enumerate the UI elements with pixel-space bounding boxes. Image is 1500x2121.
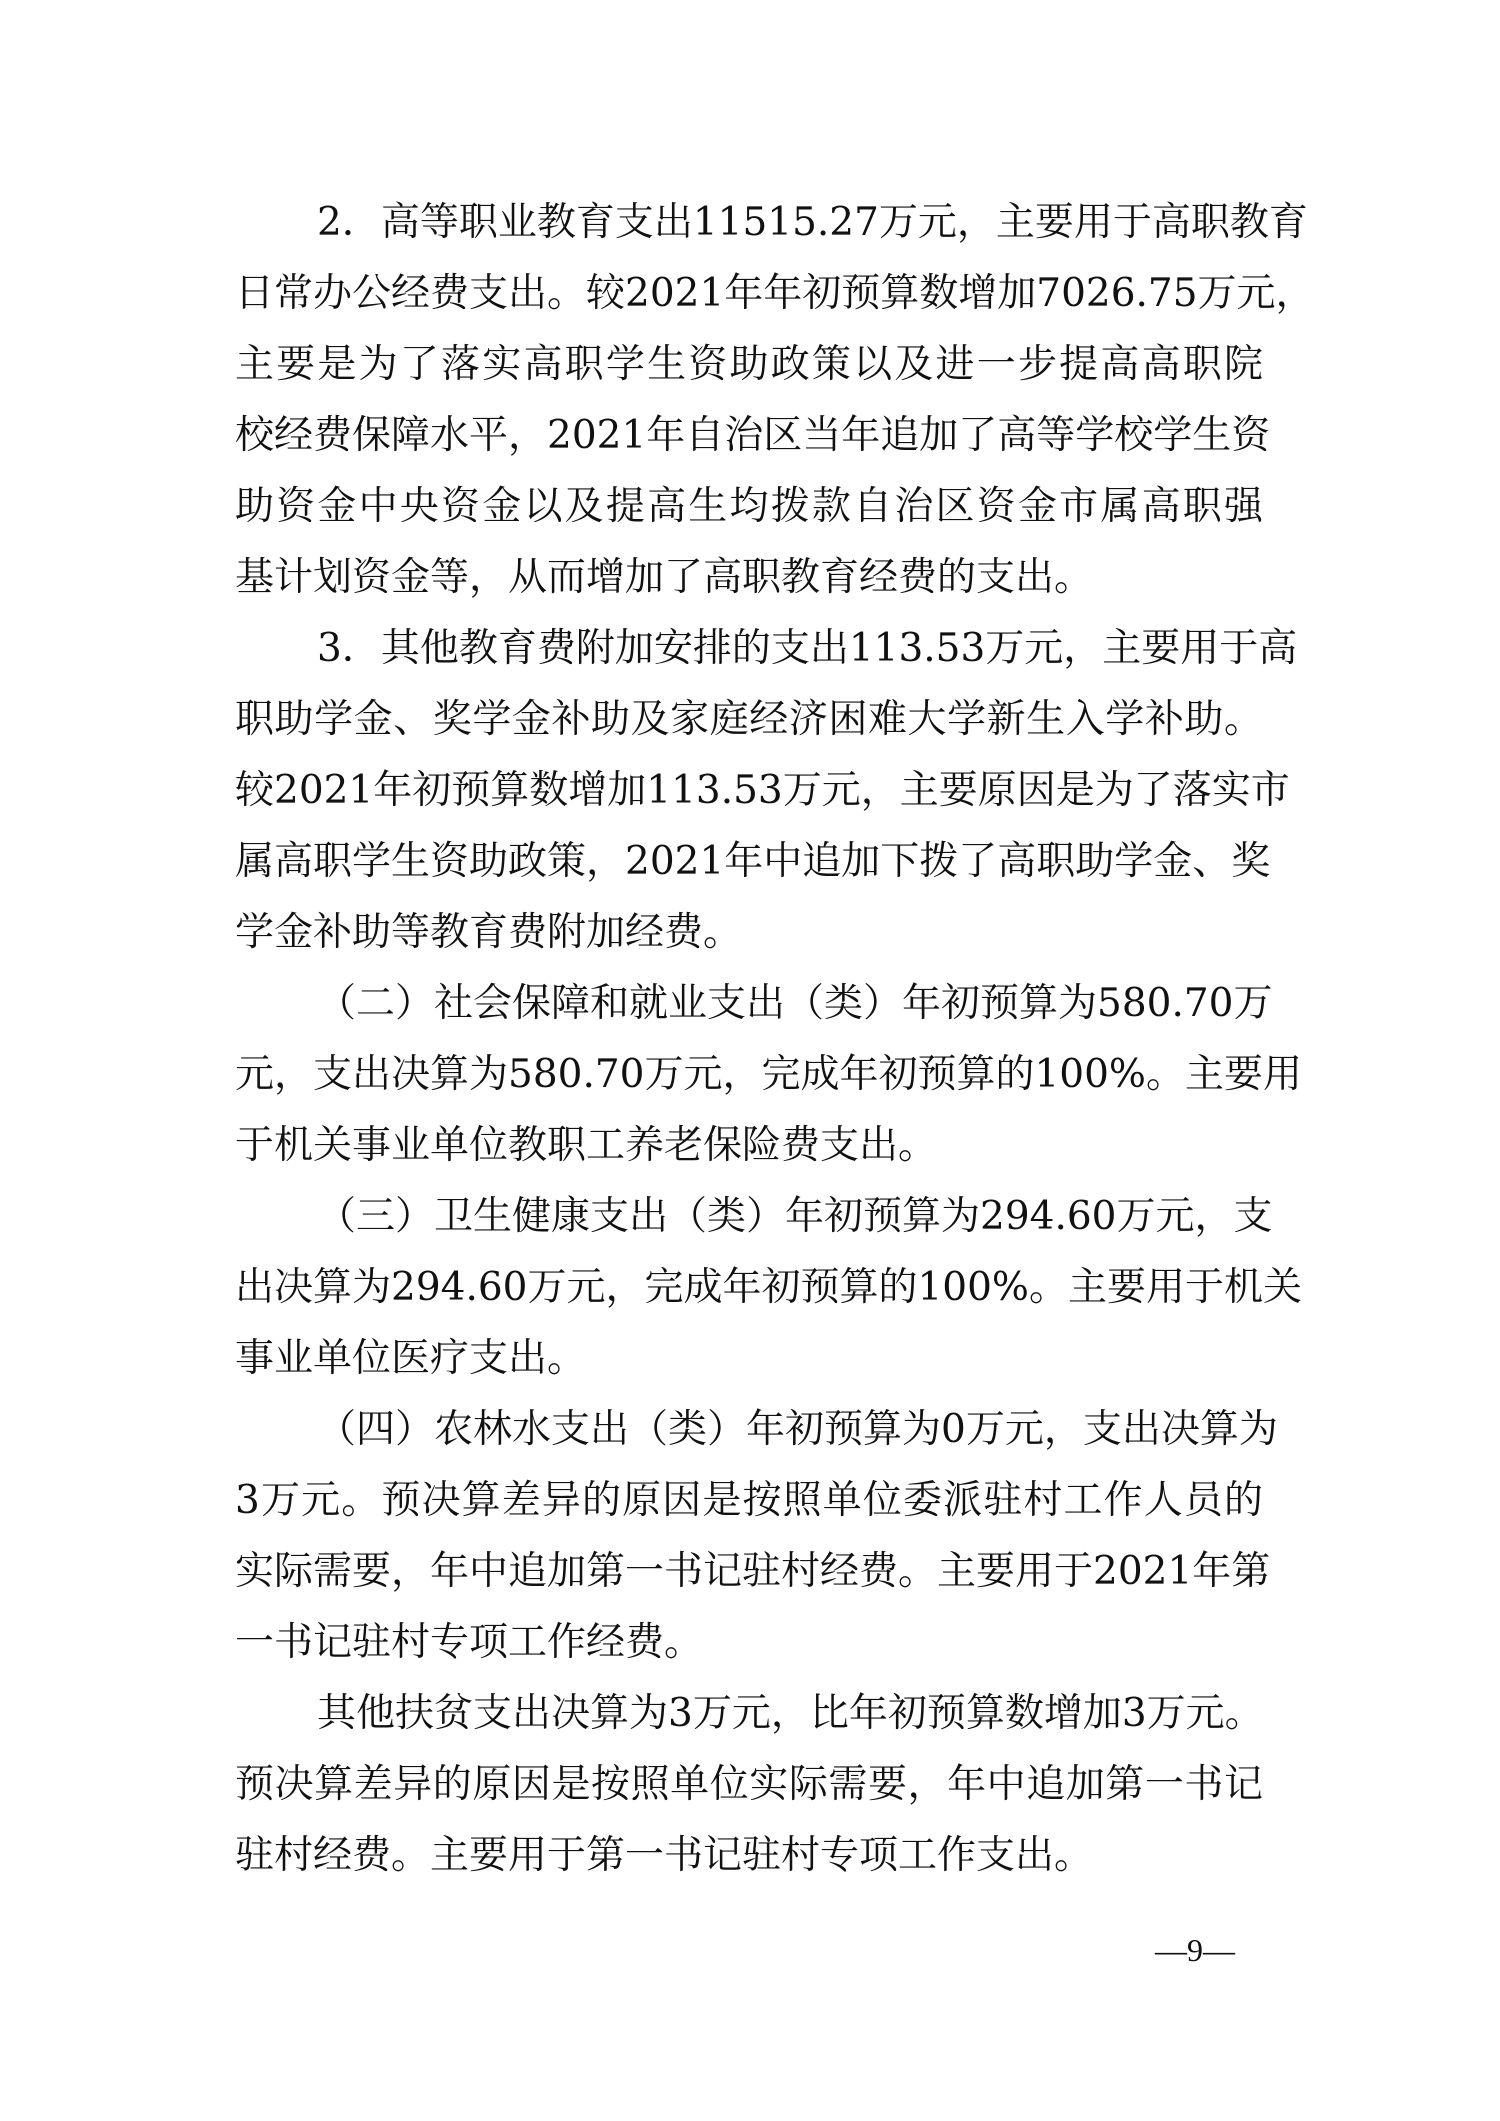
text-line: 实际需要，年中追加第一书记驻村经费。主要用于2021年第	[235, 1548, 1263, 1596]
text-line: 3万元。预决算差异的原因是按照单位委派驻村工作人员的	[235, 1477, 1263, 1525]
text-line: 出决算为294.60万元，完成年初预算的100%。主要用于机关	[235, 1264, 1263, 1312]
text-line: 元，支出决算为580.70万元，完成年初预算的100%。主要用	[235, 1051, 1263, 1099]
text-line: 预决算差异的原因是按照单位实际需要，年中追加第一书记	[235, 1761, 1263, 1809]
text-line: 助资金中央资金以及提高生均拨款自治区资金市属高职强	[235, 483, 1263, 531]
text-line: 日常办公经费支出。较2021年年初预算数增加7026.75万元，	[235, 270, 1263, 318]
text-line: 学金补助等教育费附加经费。	[235, 909, 1263, 957]
text-line: 校经费保障水平，2021年自治区当年追加了高等学校学生资	[235, 412, 1263, 460]
text-line: 3．其他教育费附加安排的支出113.53万元，主要用于高	[317, 625, 1263, 673]
text-line: 职助学金、奖学金补助及家庭经济困难大学新生入学补助。	[235, 696, 1263, 744]
text-line: 较2021年初预算数增加113.53万元，主要原因是为了落实市	[235, 767, 1263, 815]
text-line: 驻村经费。主要用于第一书记驻村专项工作支出。	[235, 1832, 1263, 1880]
text-line: （三）卫生健康支出（类）年初预算为294.60万元，支	[317, 1193, 1263, 1241]
text-line: 属高职学生资助政策，2021年中追加下拨了高职助学金、奖	[235, 838, 1263, 886]
page-number: —9—	[1140, 1930, 1250, 1970]
document-page: 2．高等职业教育支出11515.27万元，主要用于高职教育 日常办公经费支出。较…	[0, 0, 1500, 2121]
text-line: 一书记驻村专项工作经费。	[235, 1619, 1263, 1667]
text-line: 于机关事业单位教职工养老保险费支出。	[235, 1122, 1263, 1170]
text-line: （二）社会保障和就业支出（类）年初预算为580.70万	[317, 980, 1263, 1028]
text-line: （四）农林水支出（类）年初预算为0万元，支出决算为	[317, 1406, 1263, 1454]
text-line: 主要是为了落实高职学生资助政策以及进一步提高高职院	[235, 341, 1263, 389]
text-line: 基计划资金等，从而增加了高职教育经费的支出。	[235, 554, 1263, 602]
text-line: 事业单位医疗支出。	[235, 1335, 1263, 1383]
text-line: 2．高等职业教育支出11515.27万元，主要用于高职教育	[317, 199, 1263, 247]
text-line: 其他扶贫支出决算为3万元，比年初预算数增加3万元。	[317, 1690, 1263, 1738]
